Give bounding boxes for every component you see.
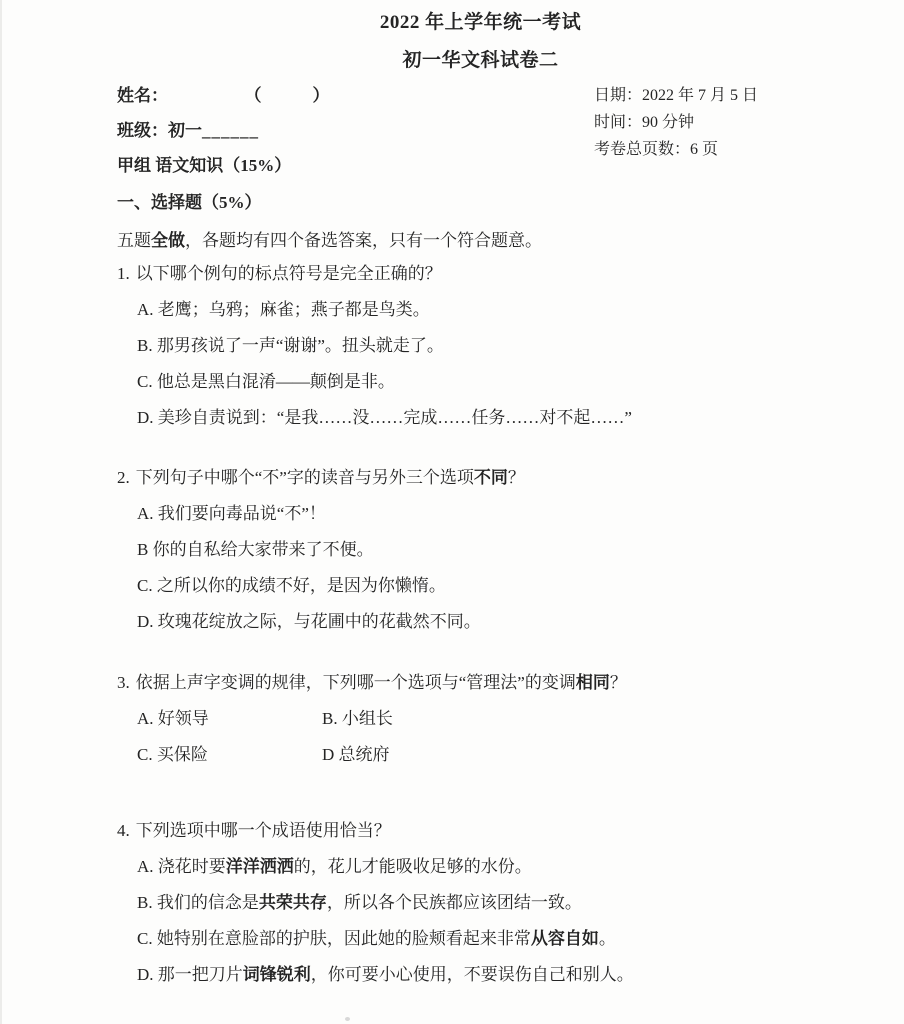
- class-line: 班级：初一______: [117, 120, 594, 142]
- question-3-stem: 3.依据上声字变调的规律，下列哪一个选项与“管理法”的变调相同？: [117, 672, 844, 694]
- question-1-options: A. 老鹰；乌鸦；麻雀；燕子都是鸟类。 B. 那男孩说了一声“谢谢”。扭头就走了…: [117, 299, 844, 429]
- question-2: 2.下列句子中哪个“不”字的读音与另外三个选项不同？ A. 我们要向毒品说“不”…: [117, 467, 844, 633]
- student-info-block: 姓名：（ ） 班级：初一______ 甲组 语文知识（15%）: [117, 85, 594, 190]
- time-line: 时间：90 分钟: [594, 112, 844, 133]
- option-line: A. 好领导: [137, 708, 322, 730]
- question-1-stem: 1.以下哪个例句的标点符号是完全正确的？: [117, 263, 844, 285]
- option-line: B. 那男孩说了一声“谢谢”。扭头就走了。: [137, 335, 844, 357]
- exam-paper-page: 2022 年上学年统一考试 初一华文科试卷二 姓名：（ ） 班级：初一_____…: [0, 0, 904, 1024]
- exam-meta-block: 日期：2022 年 7 月 5 日 时间：90 分钟 考卷总页数：6 页: [594, 85, 844, 166]
- scan-artifact-dot: [345, 1017, 350, 1021]
- option-line: C. 买保险: [137, 744, 322, 766]
- question-number: 3.: [117, 673, 130, 692]
- option-line: C. 她特别在意脸部的护肤，因此她的脸颊看起来非常从容自如。: [137, 928, 844, 950]
- option-line: D. 那一把刀片词锋锐利，你可要小心使用，不要误伤自己和别人。: [137, 964, 844, 986]
- option-line: A. 老鹰；乌鸦；麻雀；燕子都是鸟类。: [137, 299, 844, 321]
- date-line: 日期：2022 年 7 月 5 日: [594, 85, 844, 106]
- option-line: B. 小组长: [322, 708, 537, 730]
- question-2-options: A. 我们要向毒品说“不”！ B 你的自私给大家带来了不便。 C. 之所以你的成…: [117, 503, 844, 633]
- name-paren-field: （ ）: [253, 86, 330, 105]
- option-line: D 总统府: [322, 744, 537, 766]
- option-line: D. 玫瑰花绽放之际，与花圃中的花截然不同。: [137, 611, 844, 633]
- option-line: C. 他总是黑白混淆——颠倒是非。: [137, 371, 844, 393]
- question-3-options: A. 好领导 B. 小组长 C. 买保险 D 总统府: [117, 694, 537, 766]
- total-pages-line: 考卷总页数：6 页: [594, 139, 844, 160]
- name-label: 姓名：: [117, 86, 168, 105]
- question-number: 1.: [117, 264, 130, 283]
- section-title: 一、选择题（5%）: [117, 192, 844, 214]
- question-number: 2.: [117, 468, 130, 487]
- question-3: 3.依据上声字变调的规律，下列哪一个选项与“管理法”的变调相同？ A. 好领导 …: [117, 672, 844, 766]
- class-label: 班级：初一: [117, 121, 202, 140]
- question-4-options: A. 浇花时要洋洋洒洒的，花儿才能吸收足够的水份。 B. 我们的信念是共荣共存，…: [117, 856, 844, 986]
- question-number: 4.: [117, 821, 130, 840]
- question-1: 1.以下哪个例句的标点符号是完全正确的？ A. 老鹰；乌鸦；麻雀；燕子都是鸟类。…: [117, 263, 844, 429]
- exam-subtitle: 初一华文科试卷二: [117, 50, 844, 72]
- option-line: B 你的自私给大家带来了不便。: [137, 539, 844, 561]
- question-4-stem: 4.下列选项中哪一个成语使用恰当？: [117, 820, 844, 842]
- option-line: D. 美珍自责说到：“是我……没……完成……任务……对不起……”: [137, 407, 844, 429]
- group-title: 甲组 语文知识（15%）: [117, 155, 594, 177]
- name-line: 姓名：（ ）: [117, 85, 594, 107]
- option-line: A. 我们要向毒品说“不”！: [137, 503, 844, 525]
- header-info: 姓名：（ ） 班级：初一______ 甲组 语文知识（15%） 日期：2022 …: [117, 85, 844, 190]
- question-4: 4.下列选项中哪一个成语使用恰当？ A. 浇花时要洋洋洒洒的，花儿才能吸收足够的…: [117, 820, 844, 986]
- option-line: B. 我们的信念是共荣共存，所以各个民族都应该团结一致。: [137, 892, 844, 914]
- exam-title: 2022 年上学年统一考试: [117, 12, 844, 34]
- instructions-text: 五题: [117, 231, 151, 250]
- section-instructions: 五题全做，各题均有四个备选答案，只有一个符合题意。: [117, 230, 844, 252]
- question-2-stem: 2.下列句子中哪个“不”字的读音与另外三个选项不同？: [117, 467, 844, 489]
- option-line: A. 浇花时要洋洋洒洒的，花儿才能吸收足够的水份。: [137, 856, 844, 878]
- class-blank-field: ______: [202, 121, 259, 140]
- option-line: C. 之所以你的成绩不好，是因为你懒惰。: [137, 575, 844, 597]
